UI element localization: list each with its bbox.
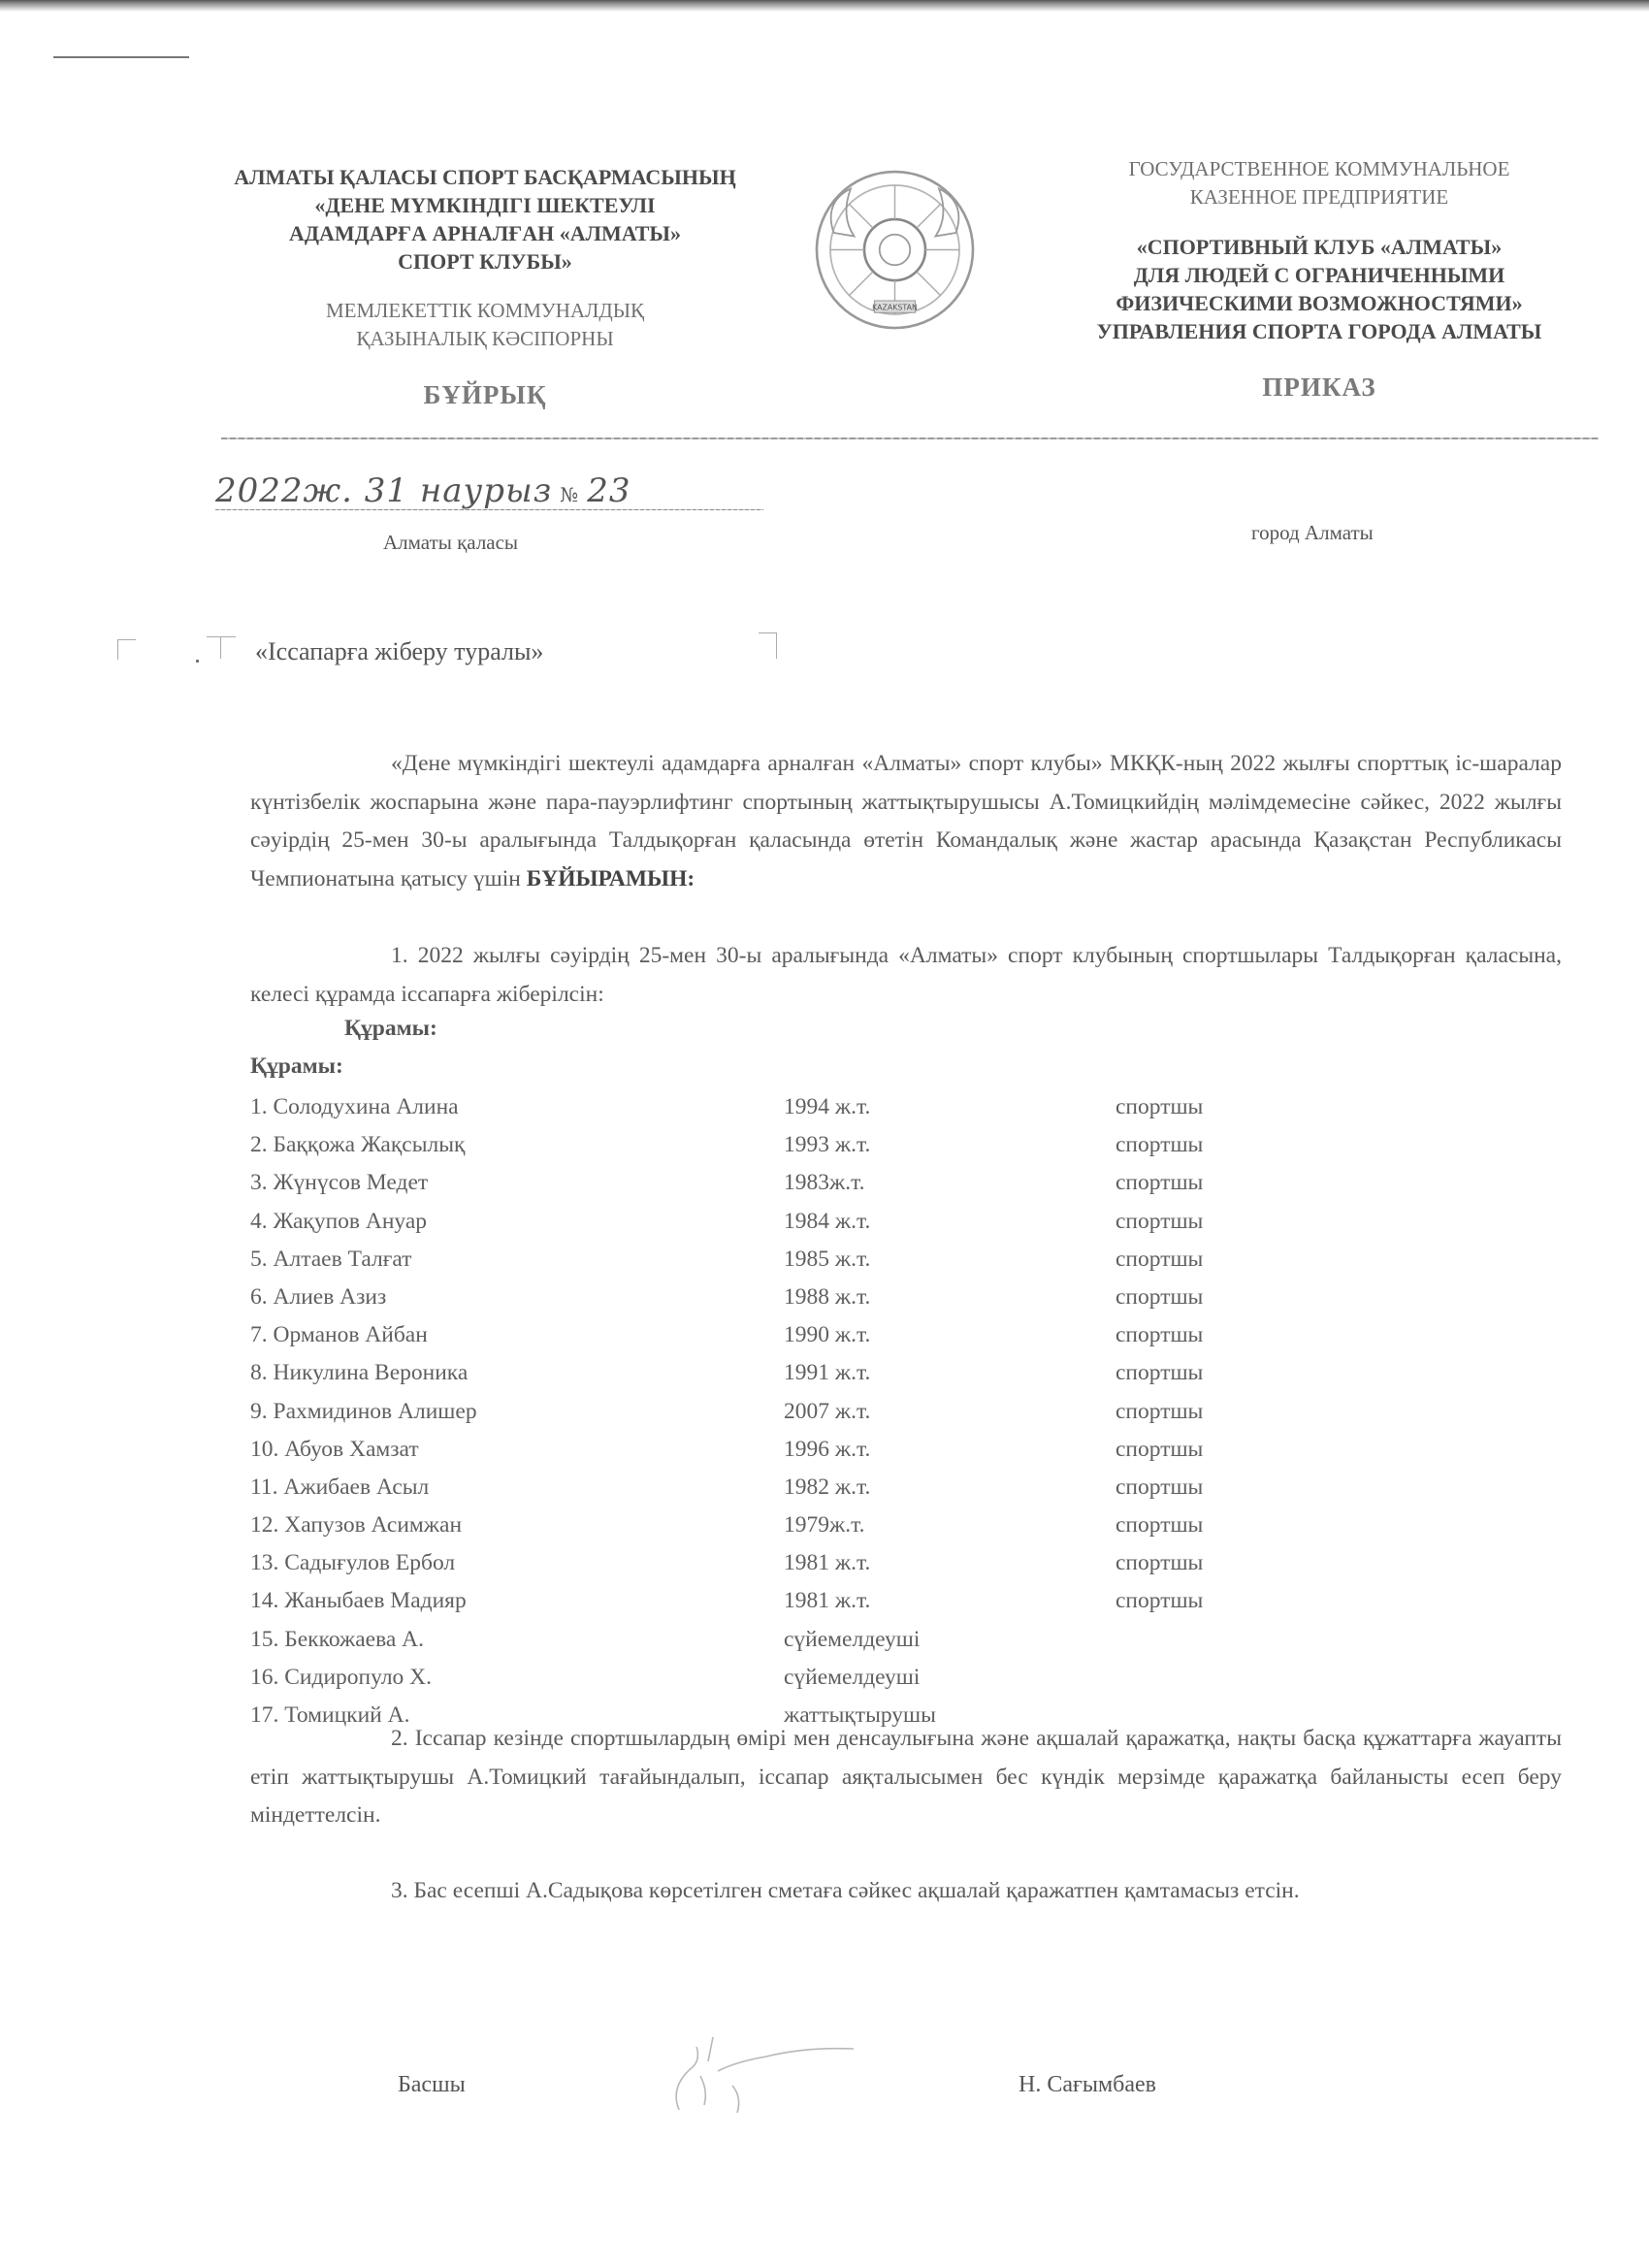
city-kz: Алматы қаласы [383, 531, 518, 555]
birth-year: 1979ж.т. [784, 1512, 865, 1539]
org-type-line: ГОСУДАРСТВЕННОЕ КОММУНАЛЬНОЕ [1048, 155, 1591, 183]
birth-year: 1988 ж.т. [784, 1284, 870, 1311]
doc-type-ru: ПРИКАЗ [1048, 373, 1591, 403]
org-type-line: МЕМЛЕКЕТТІК КОММУНАЛДЫҚ [175, 297, 795, 325]
composition-heading: Құрамы: [250, 1053, 343, 1080]
birth-year: 1982 ж.т. [784, 1474, 870, 1501]
preamble-paragraph: «Дене мүмкіндігі шектеулі адамдарға арна… [250, 745, 1562, 898]
signatory-title: Басшы [398, 2072, 466, 2098]
member-name: 14. Жаныбаев Мадияр [250, 1588, 467, 1614]
member-role: спортшы [1115, 1399, 1203, 1425]
order-date-number: 2022ж. 31 наурыз№23 [215, 471, 630, 510]
roster-row: 2. Баққожа Жақсылық1993 ж.т.спортшы [250, 1128, 1317, 1166]
member-role: спортшы [1115, 1247, 1203, 1273]
member-role: спортшы [1115, 1284, 1203, 1311]
org-line: «ДЕНЕ МҮМКІНДІГІ ШЕКТЕУЛІ [175, 191, 795, 219]
member-role: спортшы [1115, 1209, 1203, 1235]
city-ru: город Алматы [1251, 521, 1374, 545]
roster-list: 1. Солодухина Алина1994 ж.т.спортшы2. Ба… [250, 1090, 1317, 1736]
doc-type-kz: БҰЙРЫҚ [175, 380, 795, 410]
signatory-name: Н. Сағымбаев [1018, 2072, 1156, 2098]
roster-row: 8. Никулина Вероника1991 ж.т.спортшы [250, 1356, 1317, 1394]
member-name: 11. Ажибаев Асыл [250, 1474, 429, 1501]
org-line: СПОРТ КЛУБЫ» [175, 247, 795, 275]
birth-year: 1993 ж.т. [784, 1132, 870, 1158]
member-name: 12. Хапузов Асимжан [250, 1512, 462, 1539]
member-name: 13. Садығулов Ербол [250, 1550, 455, 1576]
member-name: 9. Рахмидинов Алишер [250, 1399, 477, 1425]
roster-row: 4. Жақупов Ануар1984 ж.т.спортшы [250, 1205, 1317, 1243]
member-role: сүйемелдеуші [784, 1665, 920, 1691]
birth-year: 1996 ж.т. [784, 1437, 870, 1463]
member-name: 5. Алтаев Талғат [250, 1247, 411, 1273]
member-role: спортшы [1115, 1512, 1203, 1539]
roster-row: 5. Алтаев Талғат1985 ж.т.спортшы [250, 1243, 1317, 1280]
member-role: спортшы [1115, 1474, 1203, 1501]
member-name: 3. Жүнүсов Медет [250, 1170, 428, 1196]
org-type-line: ҚАЗЫНАЛЫҚ КӘСІПОРНЫ [175, 325, 795, 353]
corner-bracket [207, 636, 236, 659]
member-role: спортшы [1115, 1170, 1203, 1196]
roster-row: 7. Орманов Айбан1990 ж.т.спортшы [250, 1318, 1317, 1356]
number-sign: № [560, 483, 579, 506]
roster-row: 13. Садығулов Ербол1981 ж.т.спортшы [250, 1546, 1317, 1584]
roster-row: 11. Ажибаев Асыл1982 ж.т.спортшы [250, 1471, 1317, 1508]
roster-row: 10. Абуов Хамзат1996 ж.т.спортшы [250, 1433, 1317, 1471]
member-role: спортшы [1115, 1550, 1203, 1576]
member-name: 4. Жақупов Ануар [250, 1209, 427, 1235]
org-line: «СПОРТИВНЫЙ КЛУБ «АЛМАТЫ» [1048, 233, 1591, 261]
handwritten-signature-icon [640, 2018, 1009, 2134]
composition-heading: Құрамы: [344, 1016, 437, 1042]
member-name: 15. Беккожаева А. [250, 1627, 424, 1653]
preamble-text: «Дене мүмкіндігі шектеулі адамдарға арна… [250, 751, 1562, 891]
member-name: 2. Баққожа Жақсылық [250, 1132, 465, 1158]
org-line: УПРАВЛЕНИЯ СПОРТА ГОРОДА АЛМАТЫ [1048, 317, 1591, 345]
birth-year: 1994 ж.т. [784, 1094, 870, 1120]
birth-year: 1981 ж.т. [784, 1550, 870, 1576]
birth-year: 1983ж.т. [784, 1170, 865, 1196]
scan-dot [196, 660, 199, 663]
member-name: 16. Сидиропуло Х. [250, 1665, 432, 1691]
birth-year: 1991 ж.т. [784, 1360, 870, 1386]
member-name: 6. Алиев Азиз [250, 1284, 386, 1311]
svg-text:KAZAKSTAN: KAZAKSTAN [872, 304, 918, 312]
header-divider [221, 437, 1599, 439]
member-role: спортшы [1115, 1132, 1203, 1158]
header-left: АЛМАТЫ ҚАЛАСЫ СПОРТ БАСҚАРМАСЫНЫҢ «ДЕНЕ … [175, 163, 795, 410]
member-role: спортшы [1115, 1360, 1203, 1386]
item-3-paragraph: 3. Бас есепші А.Садықова көрсетілген сме… [250, 1872, 1562, 1911]
roster-row: 6. Алиев Азиз1988 ж.т.спортшы [250, 1280, 1317, 1318]
order-subject: «Іссапарға жіберу туралы» [255, 637, 543, 666]
order-number: 23 [587, 471, 630, 510]
member-role: спортшы [1115, 1094, 1203, 1120]
roster-row: 9. Рахмидинов Алишер2007 ж.т.спортшы [250, 1395, 1317, 1433]
roster-row: 1. Солодухина Алина1994 ж.т.спортшы [250, 1090, 1317, 1128]
item-1-paragraph: 1. 2022 жылғы сәуірдің 25-мен 30-ы аралы… [250, 937, 1562, 1014]
member-role: сүйемелдеуші [784, 1627, 920, 1653]
date-underline [215, 509, 763, 510]
member-role: спортшы [1115, 1437, 1203, 1463]
item-2-paragraph: 2. Іссапар кезінде спортшылардың өмірі м… [250, 1720, 1562, 1835]
corner-bracket [759, 632, 777, 659]
roster-row: 14. Жаныбаев Мадияр1981 ж.т.спортшы [250, 1584, 1317, 1622]
roster-row: 16. Сидиропуло Х.сүйемелдеуші [250, 1661, 1317, 1699]
org-line: АДАМДАРҒА АРНАЛҒАН «АЛМАТЫ» [175, 219, 795, 247]
handwritten-date: 2022ж. 31 наурыз [215, 471, 552, 510]
roster-row: 15. Беккожаева А.сүйемелдеуші [250, 1623, 1317, 1661]
org-line: АЛМАТЫ ҚАЛАСЫ СПОРТ БАСҚАРМАСЫНЫҢ [175, 163, 795, 191]
birth-year: 2007 ж.т. [784, 1399, 870, 1425]
org-type-line: КАЗЕННОЕ ПРЕДПРИЯТИЕ [1048, 183, 1591, 211]
scan-edge [0, 0, 1649, 12]
member-name: 10. Абуов Хамзат [250, 1437, 419, 1463]
order-directive: БҰЙЫРАМЫН: [527, 866, 695, 891]
org-line: ФИЗИЧЕСКИМИ ВОЗМОЖНОСТЯМИ» [1048, 289, 1591, 317]
state-emblem-icon: KAZAKSTAN [810, 165, 980, 335]
birth-year: 1990 ж.т. [784, 1322, 870, 1348]
member-name: 1. Солодухина Алина [250, 1094, 459, 1120]
member-name: 8. Никулина Вероника [250, 1360, 468, 1386]
roster-row: 12. Хапузов Асимжан1979ж.т.спортшы [250, 1508, 1317, 1546]
org-line: ДЛЯ ЛЮДЕЙ С ОГРАНИЧЕННЫМИ [1048, 261, 1591, 289]
header-right: ГОСУДАРСТВЕННОЕ КОММУНАЛЬНОЕ КАЗЕННОЕ ПР… [1048, 155, 1591, 403]
member-name: 7. Орманов Айбан [250, 1322, 428, 1348]
birth-year: 1981 ж.т. [784, 1588, 870, 1614]
birth-year: 1985 ж.т. [784, 1247, 870, 1273]
corner-bracket [117, 639, 136, 660]
birth-year: 1984 ж.т. [784, 1209, 870, 1235]
scan-mark [53, 56, 189, 58]
member-role: спортшы [1115, 1588, 1203, 1614]
member-role: спортшы [1115, 1322, 1203, 1348]
roster-row: 3. Жүнүсов Медет1983ж.т.спортшы [250, 1166, 1317, 1204]
